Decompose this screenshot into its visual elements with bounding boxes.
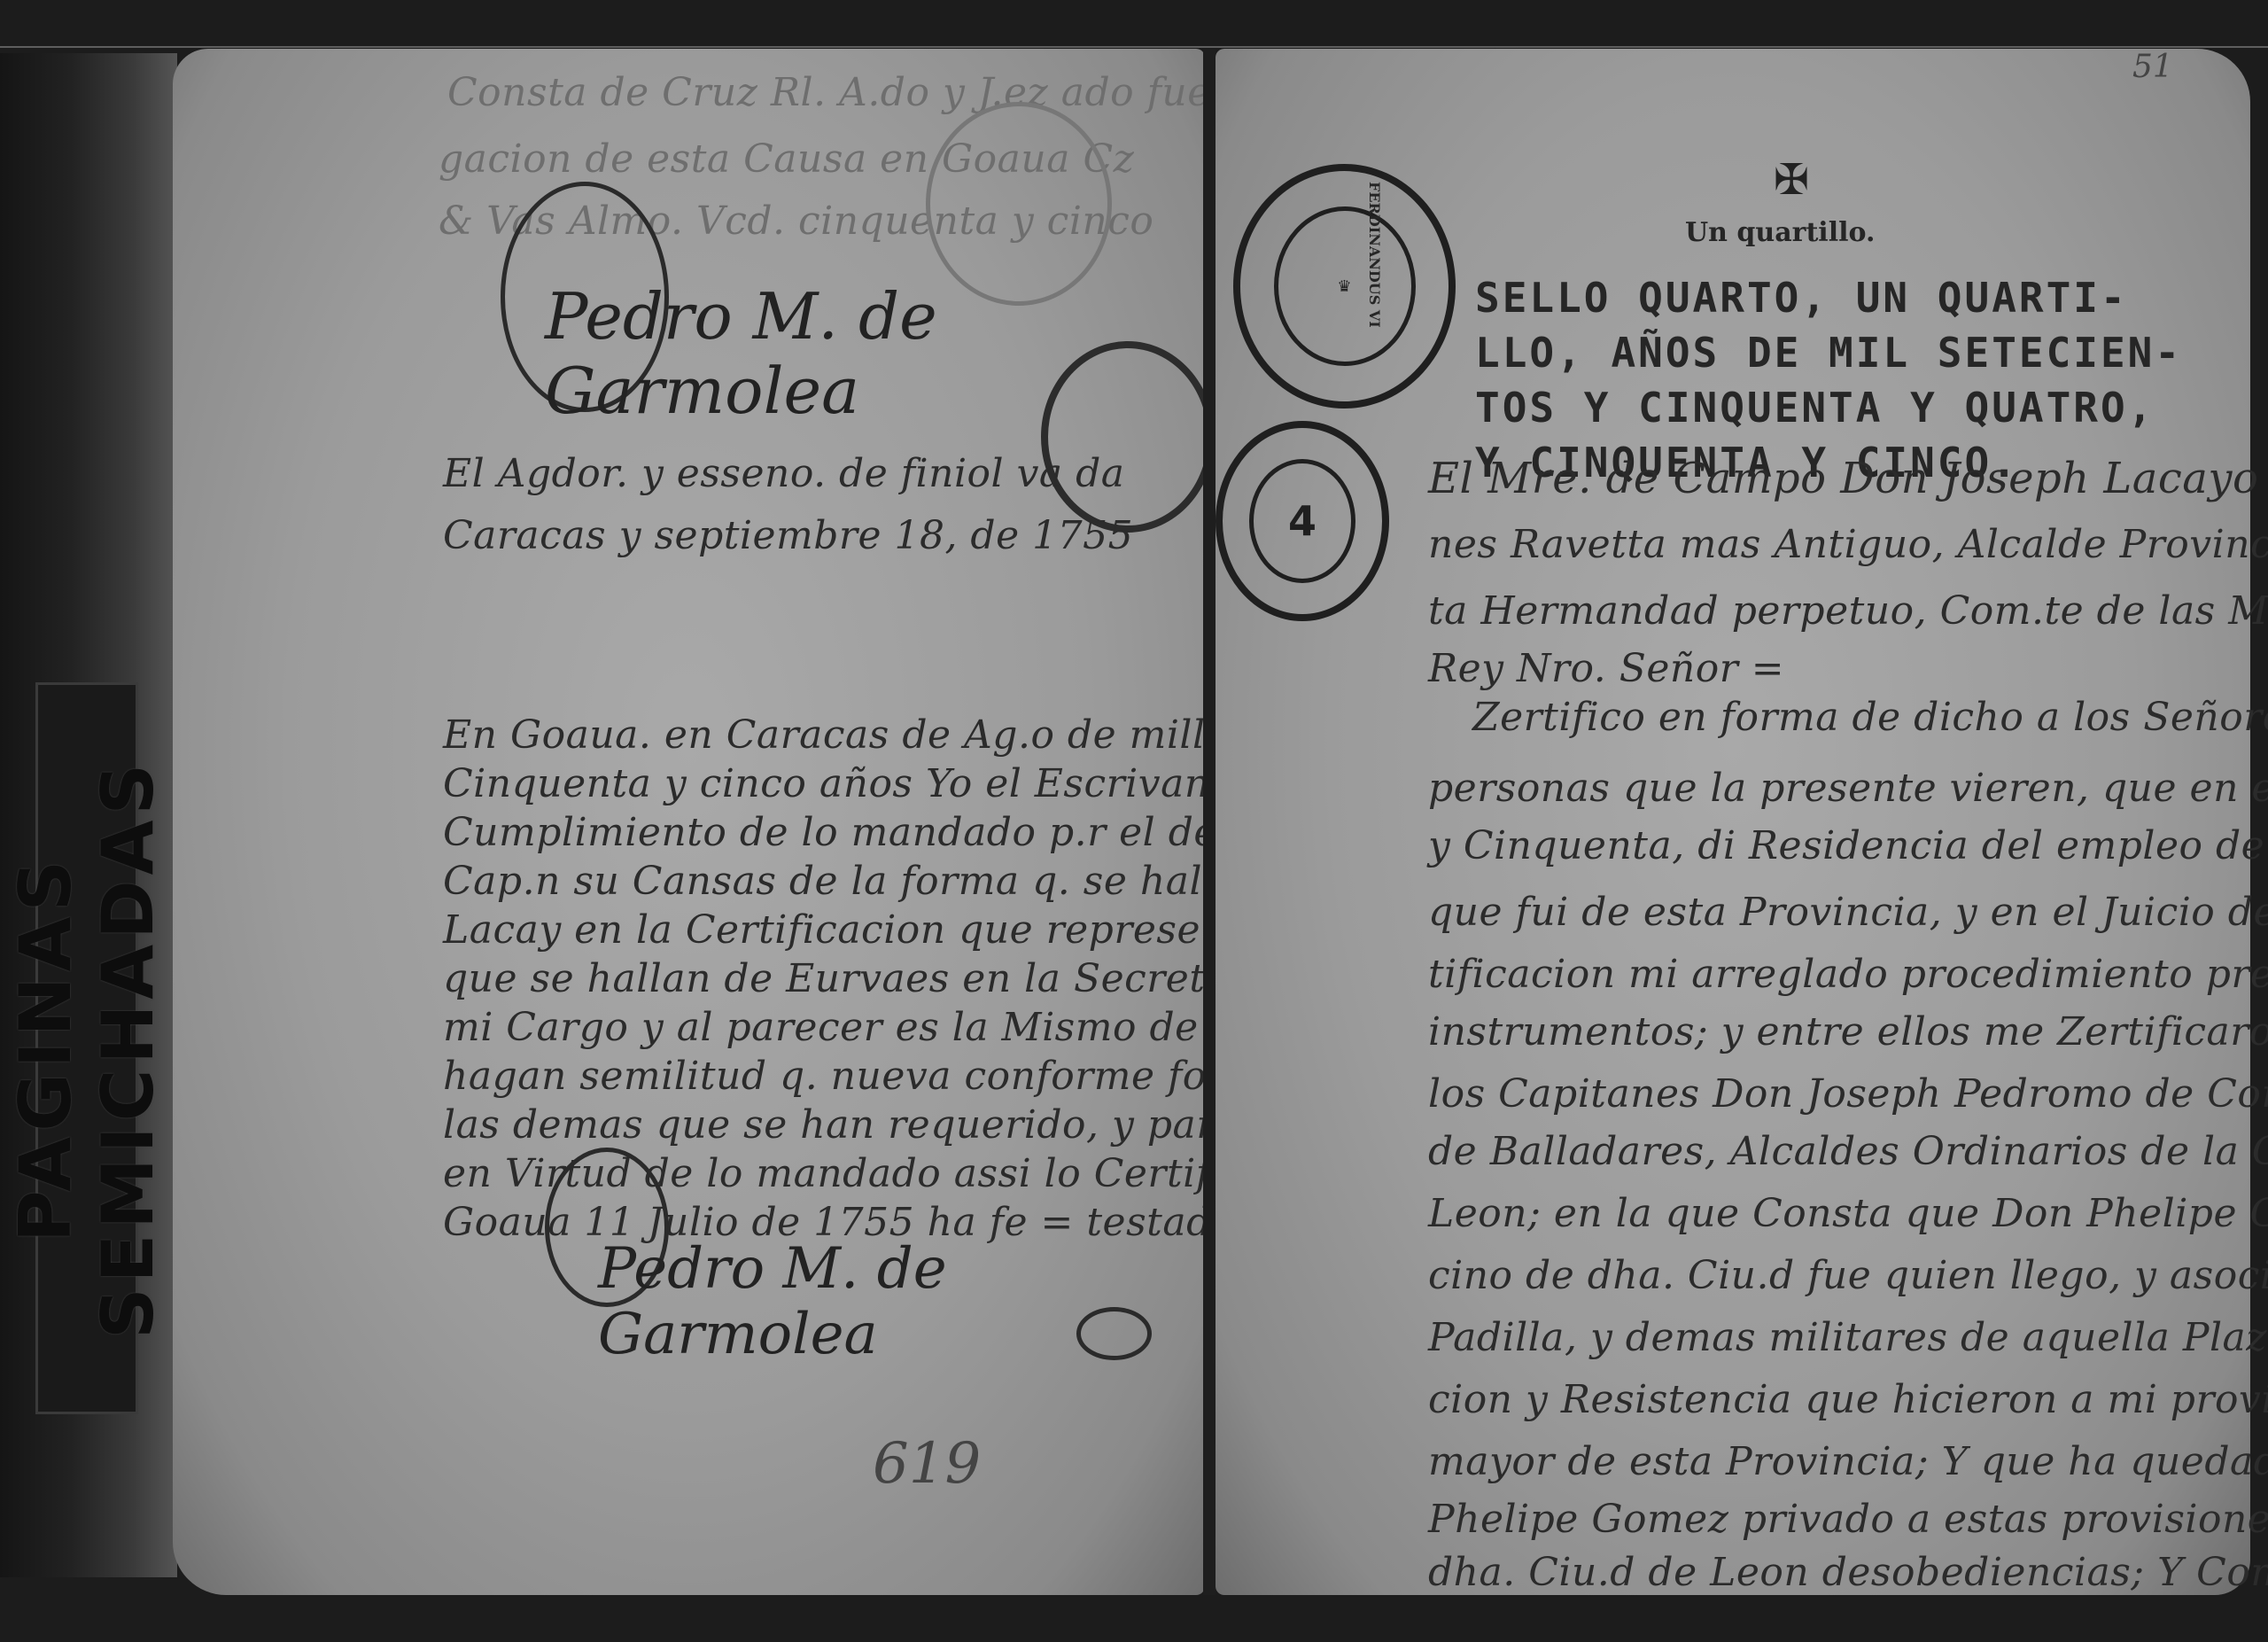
rubric-flourish <box>1076 1307 1152 1360</box>
edge-label: PAGINAS SEMICHADAS <box>35 682 138 1414</box>
body-line: los Capitanes Don Joseph Pedromo de Coro… <box>1428 1068 2268 1121</box>
book-gutter <box>1203 49 1216 1595</box>
page-number: 619 <box>873 1431 981 1497</box>
tax-stamp-value: 4 <box>1249 459 1355 583</box>
date-line-1: El Agdor. y esseno. de finiol va da <box>443 447 1125 501</box>
body-line: y Cinquenta, di Residencia del empleo de… <box>1428 820 2268 873</box>
body-line: de Balladares, Alcaldes Ordinarios de la… <box>1428 1125 2268 1179</box>
body-line: nes Ravetta mas Antiguo, Alcalde Provinc… <box>1428 518 2268 572</box>
date-line-2: Caracas y septiembre 18, de 1755 <box>443 510 1133 563</box>
body-line: Rey Nro. Señor = <box>1428 642 1784 696</box>
cross-icon: ✠ <box>1774 155 1809 205</box>
bleed-through-stamp <box>1041 341 1215 533</box>
royal-stamp-text: FERDINANDUS VI <box>1366 182 1383 328</box>
folio-mark: 51 <box>2132 49 2173 85</box>
top-line-1: Consta de Cruz Rl. A.do y J.ez ado fue <box>447 66 1211 120</box>
body-line: instrumentos; y entre ellos me Zertifica… <box>1428 1006 2268 1059</box>
body-line: que fui de esta Provincia, y en el Juici… <box>1428 886 2268 939</box>
body-line: Padilla, y demas militares de aquella Pl… <box>1428 1311 2268 1365</box>
body-line: cion y Resistencia que hicieron a mi pro… <box>1428 1374 2268 1427</box>
faint-seal-bleed <box>926 102 1112 306</box>
body-line: dha. Ciu.d de Leon desobediencias; Y Com… <box>1428 1546 2268 1599</box>
body-line: cino de dha. Ciu.d fue quien llego, y as… <box>1428 1249 2268 1303</box>
coat-of-arms-icon: ♛ <box>1274 206 1416 366</box>
tax-stamp: 4 <box>1216 421 1389 621</box>
body-line: mayor de esta Provincia; Y que ha quedad… <box>1428 1436 2268 1489</box>
right-page: 51 ✠ Un quartillo. ♛ FERDINANDUS VI 4 SE… <box>1216 49 2250 1595</box>
body-line: mi Cargo y al parecer es la Mismo de Pa <box>443 1001 1260 1054</box>
body-line: tificacion mi arreglado procedimiento pr… <box>1428 948 2268 1001</box>
body-line: Phelipe Gomez privado a estas provisione… <box>1428 1493 2268 1546</box>
royal-seal-stamp: ♛ <box>1233 164 1456 409</box>
body-line: Leon; en la que Consta que Don Phelipe G… <box>1428 1187 2268 1241</box>
body-line: El Mre. de Campo Don Joseph Lacayo de Br… <box>1428 452 2268 505</box>
small-header: Un quartillo. <box>1685 217 1875 248</box>
body-line: personas que la presente vieren, que en … <box>1428 762 2268 815</box>
body-line: ta Hermandad perpetuo, Com.te de las Mil… <box>1428 585 2268 638</box>
body-line: Zertifico en forma de dicho a los Señore… <box>1472 691 2268 744</box>
scan-line-artifact <box>0 46 2268 48</box>
left-page: Consta de Cruz Rl. A.do y J.ez ado fue g… <box>173 49 1205 1595</box>
